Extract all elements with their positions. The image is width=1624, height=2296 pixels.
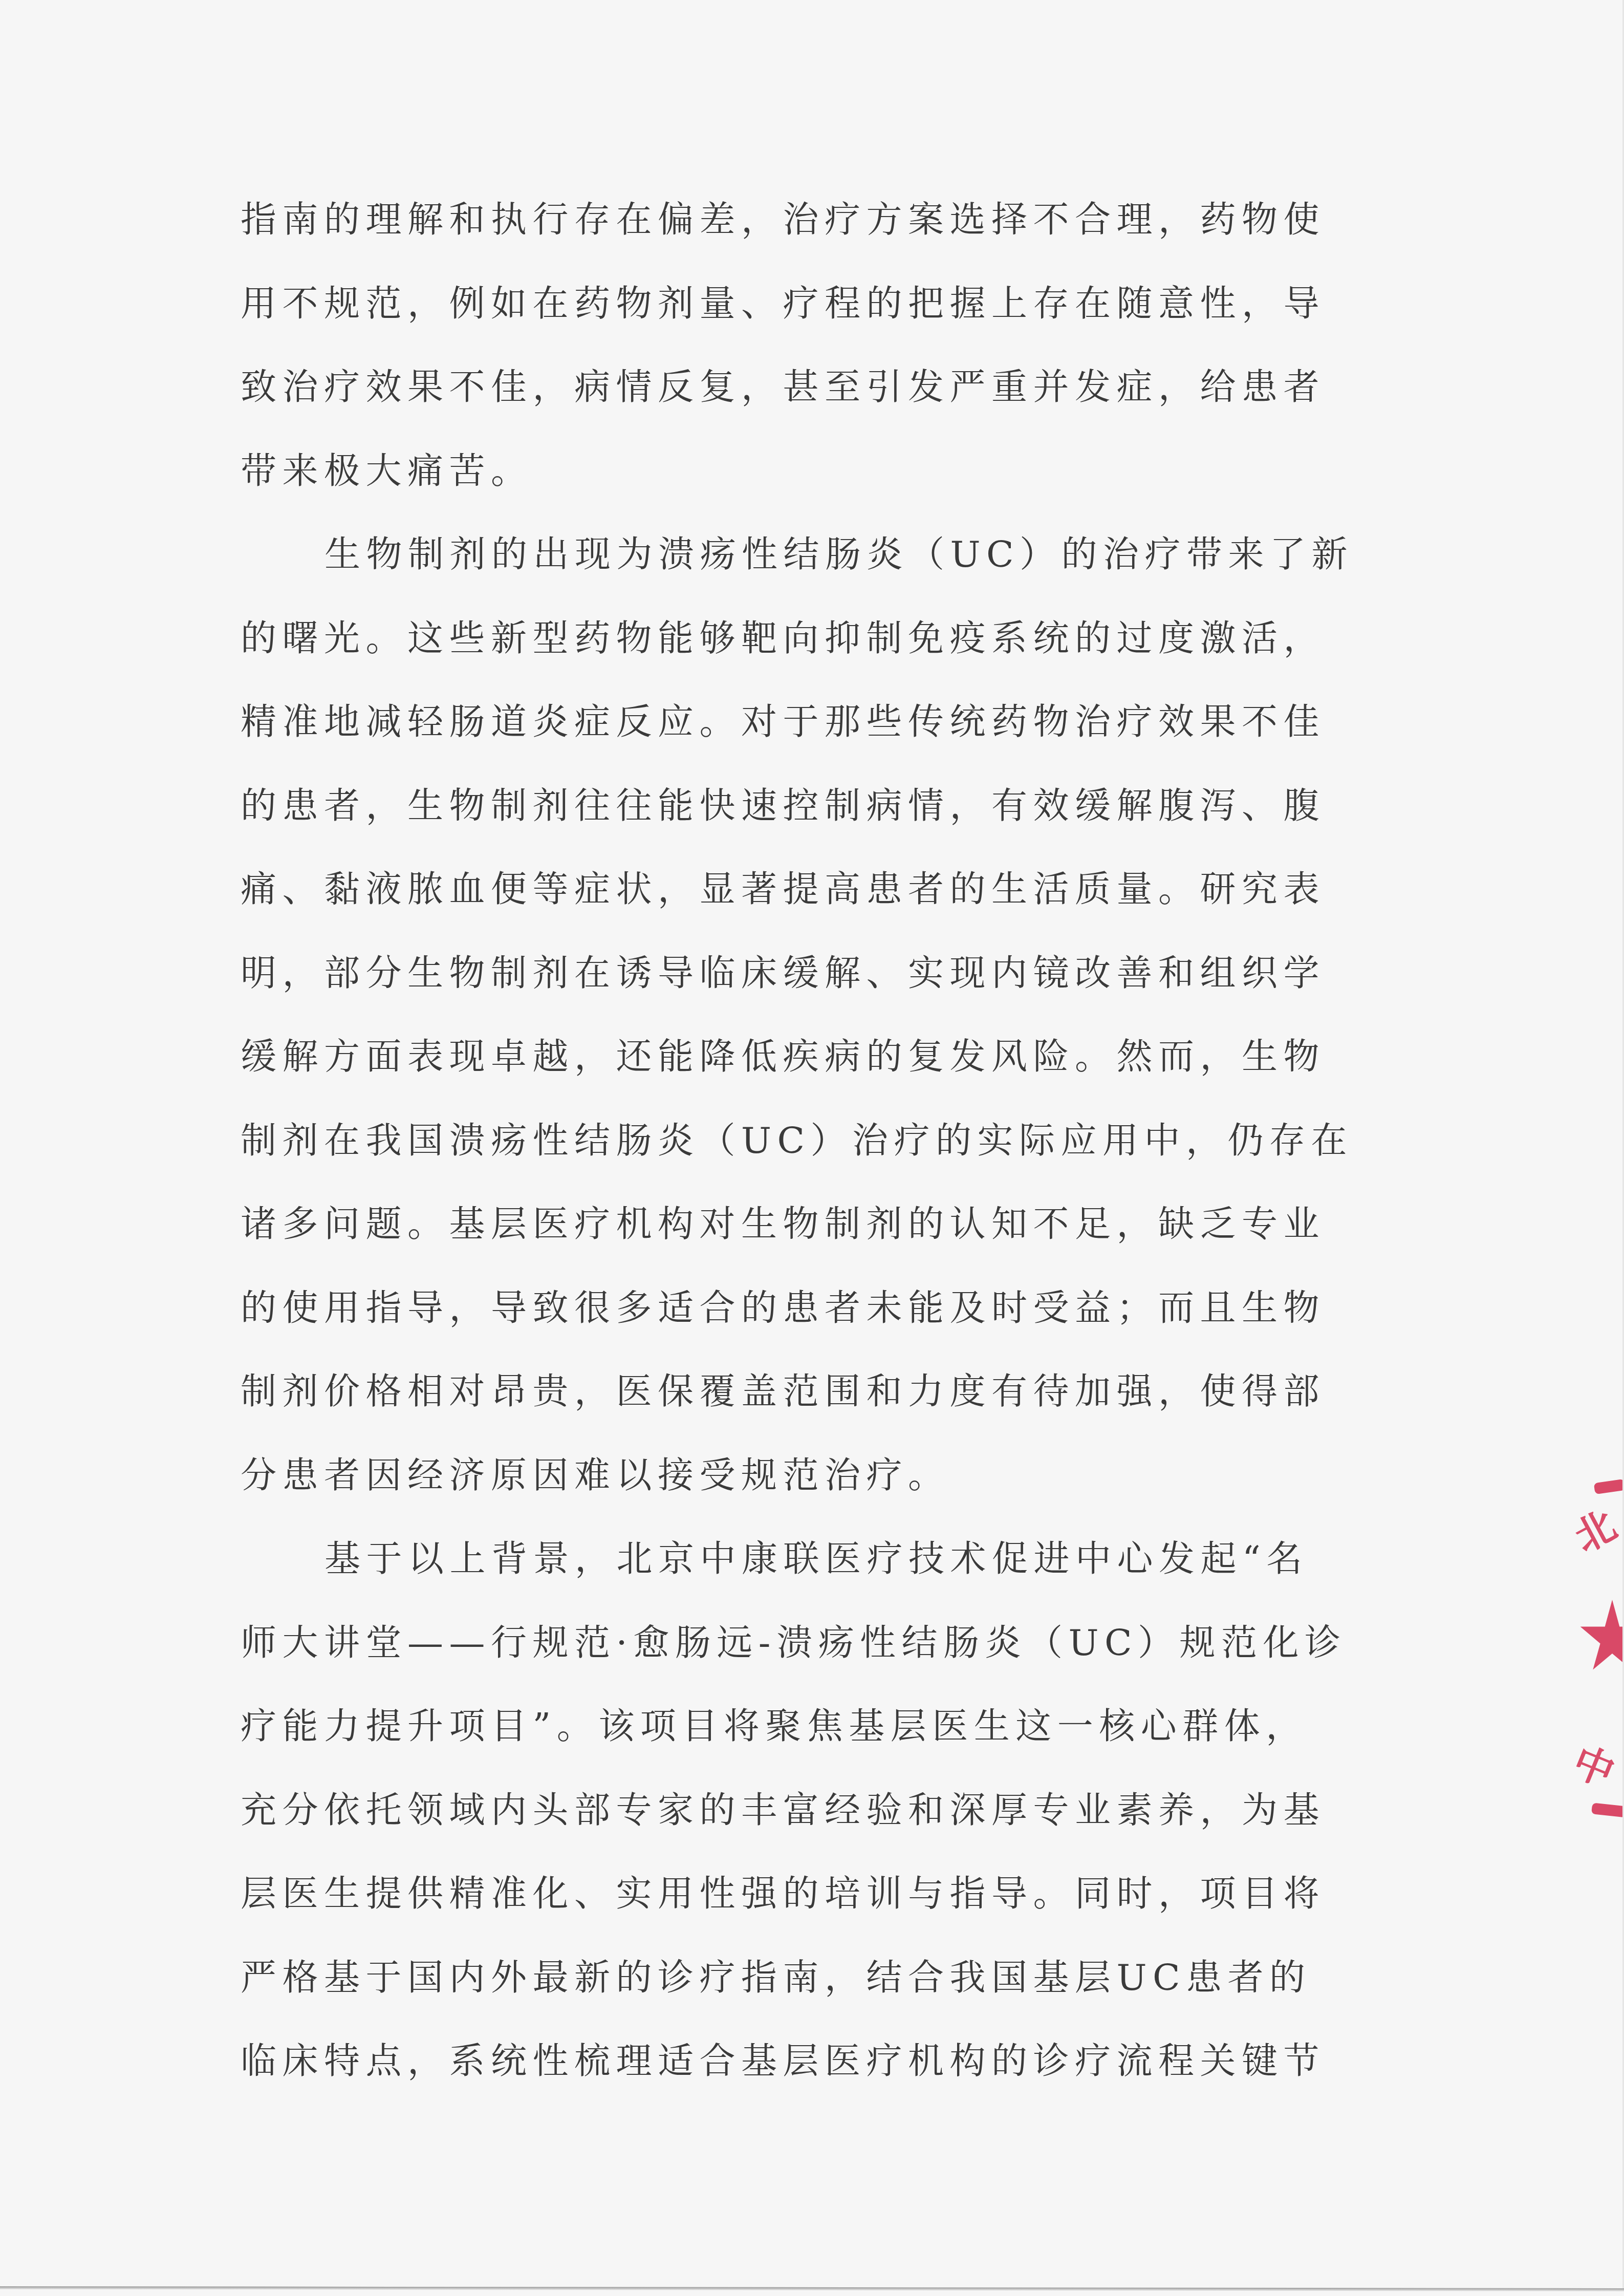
text-line: 制剂价格相对昂贵，医保覆盖范围和力度有待加强，使得部 xyxy=(241,1350,1382,1434)
text-line: 指南的理解和执行存在偏差，治疗方案选择不合理，药物使 xyxy=(241,178,1382,262)
paragraph-start-line: 生物制剂的出现为溃疡性结肠炎（UC）的治疗带来了新 xyxy=(241,513,1382,597)
text-line: 的曙光。这些新型药物能够靶向抑制免疫系统的过度激活， xyxy=(241,597,1382,681)
text-line: 带来极大痛苦。 xyxy=(241,430,1382,513)
official-seal-fragment: 北 中 xyxy=(1564,1477,1624,1825)
paragraph-start-line: 基于以上背景，北京中康联医疗技术促进中心发起“名 xyxy=(241,1517,1382,1601)
scanned-page: 指南的理解和执行存在偏差，治疗方案选择不合理，药物使 用不规范，例如在药物剂量、… xyxy=(0,0,1624,2296)
seal-star-icon xyxy=(1579,1600,1624,1677)
text-line: 的患者，生物制剂往往能快速控制病情，有效缓解腹泻、腹 xyxy=(241,764,1382,848)
text-line: 缓解方面表现卓越，还能降低疾病的复发风险。然而，生物 xyxy=(241,1015,1382,1099)
text-line: 分患者因经济原因难以接受规范治疗。 xyxy=(241,1434,1382,1518)
text-line: 临床特点，系统性梳理适合基层医疗机构的诊疗流程关键节 xyxy=(241,2020,1382,2104)
seal-ring-arc-top xyxy=(1594,1479,1624,1494)
text-line: 层医生提供精准化、实用性强的培训与指导。同时，项目将 xyxy=(241,1852,1382,1936)
text-line: 严格基于国内外最新的诊疗指南，结合我国基层UC患者的 xyxy=(241,1936,1382,2020)
text-line: 痛、黏液脓血便等症状，显著提高患者的生活质量。研究表 xyxy=(241,848,1382,932)
text-line: 制剂在我国溃疡性结肠炎（UC）治疗的实际应用中，仍存在 xyxy=(241,1099,1382,1183)
seal-char-top: 北 xyxy=(1563,1494,1624,1563)
seal-ring-arc-bottom xyxy=(1591,1803,1624,1817)
text-line: 的使用指导，导致很多适合的患者未能及时受益；而且生物 xyxy=(241,1267,1382,1350)
text-line: 致治疗效果不佳，病情反复，甚至引发严重并发症，给患者 xyxy=(241,346,1382,430)
seal-char-bottom: 中 xyxy=(1566,1730,1624,1798)
text-line: 诸多问题。基层医疗机构对生物制剂的认知不足，缺乏专业 xyxy=(241,1183,1382,1267)
page-edge-bottom-shadow xyxy=(0,2286,1624,2291)
text-line: 精准地减轻肠道炎症反应。对于那些传统药物治疗效果不佳 xyxy=(241,680,1382,764)
body-text: 指南的理解和执行存在偏差，治疗方案选择不合理，药物使 用不规范，例如在药物剂量、… xyxy=(241,178,1382,2104)
text-line: 疗能力提升项目”。该项目将聚焦基层医生这一核心群体， xyxy=(241,1685,1382,1769)
text-line: 用不规范，例如在药物剂量、疗程的把握上存在随意性，导 xyxy=(241,262,1382,346)
text-line: 师大讲堂——行规范·愈肠远-溃疡性结肠炎（UC）规范化诊 xyxy=(241,1601,1382,1685)
text-line: 充分依托领域内头部专家的丰富经验和深厚专业素养，为基 xyxy=(241,1769,1382,1853)
text-line: 明，部分生物制剂在诱导临床缓解、实现内镜改善和组织学 xyxy=(241,932,1382,1016)
